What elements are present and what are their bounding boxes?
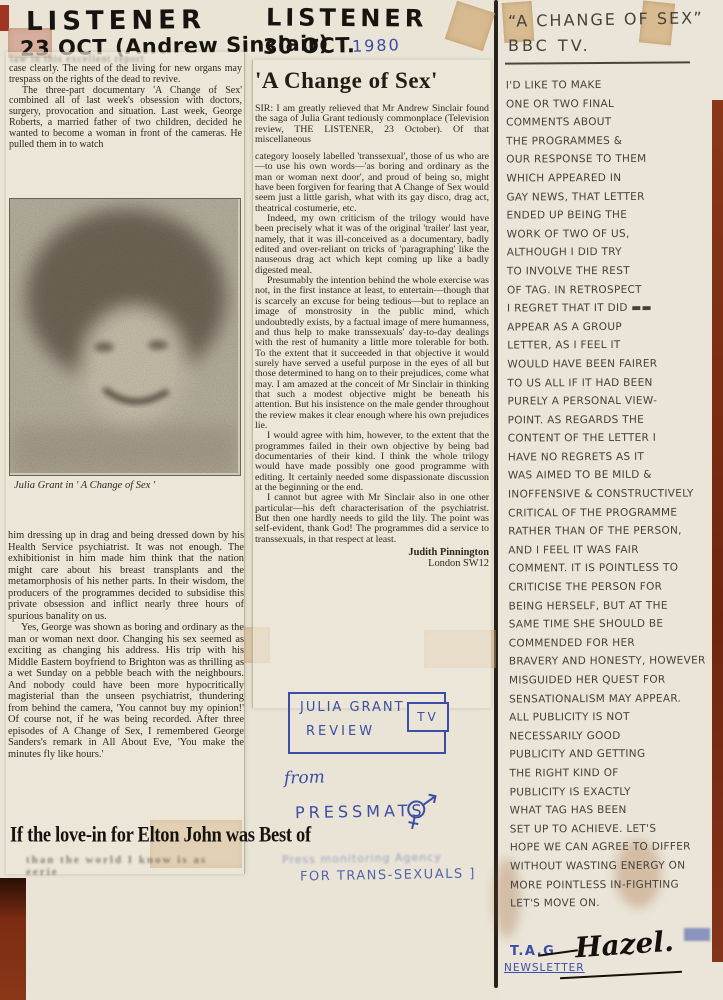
letter-paragraph: SIR: I am greatly relieved that Mr Andre… <box>255 104 489 145</box>
handwritten-letter-line: NECESSARILY GOOD <box>509 726 706 746</box>
handwritten-letter-line: HAVE NO REGRETS AS IT <box>508 447 705 467</box>
handwritten-letter-line: TO US ALL IF IT HAD BEEN <box>507 373 704 393</box>
letter-paragraph: category loosely labelled 'transsexual',… <box>255 152 489 214</box>
photo-caption: Julia Grant in ' A Change of Sex ' <box>14 480 155 491</box>
handwritten-letter-line: MORE POINTLESS IN-FIGHTING <box>510 875 707 895</box>
scrapbook-page: LISTENER 23 OCT (Andrew Sinclair) law in… <box>0 0 723 1000</box>
handwritten-letter-line: SENSATIONALISM MAY APPEAR. <box>509 689 706 709</box>
handwritten-letter-line: HOPE WE CAN AGREE TO DIFFER <box>510 838 707 858</box>
clipping-paragraph: Yes, George was shown as boring and ordi… <box>8 622 244 760</box>
halftone-portrait-image <box>10 199 238 473</box>
handwritten-letter-line: WOULD HAVE BEEN FAIRER <box>507 354 704 374</box>
letter-intro: SIR: I am greatly relieved that Mr Andre… <box>255 104 489 145</box>
letter-signature-location: London SW12 <box>255 558 489 569</box>
handwritten-letter-line: TO INVOLVE THE REST <box>507 261 704 281</box>
annotation-listener-left: LISTENER <box>26 5 206 37</box>
note-from-label: from <box>284 767 325 788</box>
note-box-subtitle: REVIEW <box>306 724 375 739</box>
gender-symbol-doodle <box>398 785 441 837</box>
letter-headline: 'A Change of Sex' <box>255 68 438 94</box>
handwritten-letter-line: LETTER, AS I FEEL IT <box>507 336 704 356</box>
handwritten-letter-line: OUR RESPONSE TO THEM <box>506 150 703 170</box>
clipping-text-block-2: him dressing up in drag and being dresse… <box>8 530 244 760</box>
handwritten-letter-line: RATHER THAN OF THE PERSON, <box>508 522 705 542</box>
right-title-line1: “A CHANGE OF SEX” <box>508 8 704 30</box>
handwritten-letter-line: COMMENTS ABOUT <box>506 113 703 133</box>
handwritten-letter-line: SAME TIME SHE SHOULD BE <box>509 615 706 635</box>
handwritten-letter-line: WAS AIMED TO BE MILD & <box>508 466 705 486</box>
annotation-date-middle: 30 OCT. <box>263 33 356 59</box>
letter-signature: Judith Pinnington London SW12 <box>255 547 489 569</box>
signature-hazel: Hazel. <box>574 925 675 965</box>
letter-body: category loosely labelled 'transsexual',… <box>255 152 489 569</box>
letter-body-paragraphs: category loosely labelled 'transsexual',… <box>255 152 489 545</box>
handwritten-letter-line: WITHOUT WASTING ENERGY ON <box>510 856 707 876</box>
handwritten-letter-line: CRITICISE THE PERSON FOR <box>508 578 705 598</box>
page-edge-shadow <box>494 0 498 988</box>
letter-paragraph: I would agree with him, however, to the … <box>255 431 489 493</box>
faded-cut-line-bottom: than the world I know is as eerie <box>26 854 244 878</box>
handwritten-letter-line: PURELY A PERSONAL VIEW- <box>507 392 704 412</box>
handwritten-letter-line: BEING HERSELF, BUT AT THE <box>509 596 706 616</box>
note-tv-label: TV <box>417 710 439 724</box>
note-box-title: JULIA GRANT <box>300 700 405 715</box>
book-cover-edge-left <box>0 878 26 1000</box>
letter-paragraph: I cannot but agree with Mr Sinclair also… <box>255 493 489 545</box>
book-cover-edge-right <box>712 100 723 962</box>
handwritten-letter-line: THE RIGHT KIND OF <box>509 763 706 783</box>
elton-john-headline-fragment: If the love-in for Elton John was Best o… <box>10 824 311 849</box>
handwritten-letter-line: POINT. AS REGARDS THE <box>508 410 705 430</box>
annotation-listener-middle: LISTENER <box>266 3 427 32</box>
footer-org-newsletter: NEWSLETTER <box>504 962 585 974</box>
handwritten-letter-line: PUBLICITY IS EXACTLY <box>510 782 707 802</box>
note-faint-line-2: FOR TRANS-SEXUALS ] <box>300 866 476 884</box>
handwritten-letter-line: WHAT TAG HAS BEEN <box>510 801 707 821</box>
letter-signature-name: Judith Pinnington <box>255 547 489 558</box>
note-tv-box: TV <box>407 702 449 732</box>
handwritten-letter-line: WHICH APPEARED IN <box>506 168 703 188</box>
clipping-paragraph: him dressing up in drag and being dresse… <box>8 530 244 622</box>
handwritten-letter-line: COMMENT. IT IS POINTLESS TO <box>508 559 705 579</box>
news-clipping-middle: 'A Change of Sex' SIR: I am greatly reli… <box>252 60 491 708</box>
handwritten-letter-line: AND I FEEL IT WAS FAIR <box>508 540 705 560</box>
handwritten-letter-line: BRAVERY AND HONESTY, HOWEVER <box>509 652 706 672</box>
handwritten-letter-line: GAY NEWS, THAT LETTER <box>506 187 703 207</box>
note-faint-line: Press monitoring Agency <box>282 851 442 867</box>
letter-paragraph: Indeed, my own criticism of the trilogy … <box>255 214 489 276</box>
handwritten-letter-line: APPEAR AS A GROUP <box>507 317 704 337</box>
handwritten-letter-line: OF TAG. IN RETROSPECT <box>507 280 704 300</box>
clipping-paragraph: case clearly. The need of the living for… <box>9 64 242 86</box>
right-title-line2: BBC TV. <box>508 36 591 55</box>
handwritten-letter-line: CRITICAL OF THE PROGRAMME <box>508 503 705 523</box>
handwritten-letter-line: ALTHOUGH I DID TRY <box>507 243 704 263</box>
blue-ink-smudge <box>684 928 710 941</box>
clipping-paragraph: The three-part documentary 'A Change of … <box>9 86 242 151</box>
handwritten-letter-line: I REGRET THAT IT DID ▬▬ <box>507 299 704 319</box>
handwritten-letter-line: LET'S MOVE ON. <box>510 894 707 914</box>
handwritten-letter-line: ALL PUBLICITY IS NOT <box>509 708 706 728</box>
handwritten-letter-line: COMMENDED FOR HER <box>509 633 706 653</box>
handwritten-letter-line: PUBLICITY AND GETTING <box>509 745 706 765</box>
handwritten-letter-line: MISGUIDED HER QUEST FOR <box>509 670 706 690</box>
annotation-year: 1980 <box>352 35 401 56</box>
julia-grant-photo <box>9 198 241 476</box>
handwritten-letter-line: INOFFENSIVE & CONSTRUCTIVELY <box>508 485 705 505</box>
handwritten-letter-line: ENDED UP BEING THE <box>506 206 703 226</box>
handwritten-letter-line: ONE OR TWO FINAL <box>506 94 703 114</box>
handwritten-letter-line: SET UP TO ACHIEVE. LET'S <box>510 819 707 839</box>
handwritten-letter-line: WORK OF TWO OF US, <box>507 224 704 244</box>
footer-org: T.A.G <box>510 944 555 959</box>
handwritten-letter: I'D LIKE TO MAKEONE OR TWO FINALCOMMENTS… <box>506 75 707 913</box>
letter-paragraph: Presumably the intention behind the whol… <box>255 276 489 431</box>
handwritten-letter-line: I'D LIKE TO MAKE <box>506 75 703 95</box>
tape-mark <box>445 1 495 51</box>
clipping-text-block-1: case clearly. The need of the living for… <box>9 64 242 150</box>
handwritten-letter-line: CONTENT OF THE LETTER I <box>508 429 705 449</box>
handwritten-letter-line: THE PROGRAMMES & <box>506 131 703 151</box>
news-clipping-left: law in this excellent report case clearl… <box>6 52 245 874</box>
